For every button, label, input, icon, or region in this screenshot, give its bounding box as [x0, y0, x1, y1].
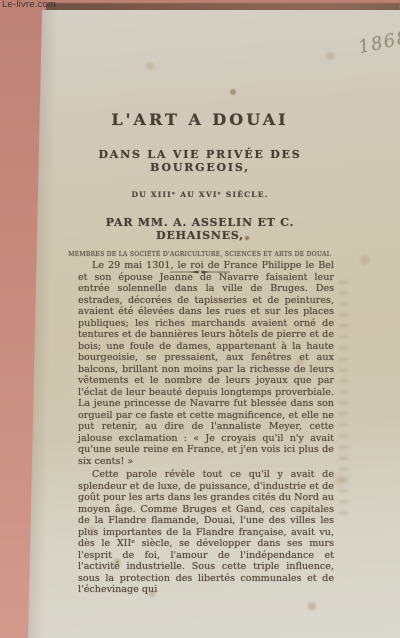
- page-title: L'ART A DOUAI: [60, 110, 340, 129]
- handwritten-year: 1868: [357, 27, 400, 58]
- seller-watermark: Le-livre.com: [2, 0, 56, 10]
- affiliation-line: MEMBRES DE LA SOCIÉTÉ D'AGRICULTURE, SCI…: [60, 251, 340, 258]
- verso-bleed-through: [339, 280, 348, 520]
- period-line: DU XIIIᵉ AU XVIᵉ SIÈCLE.: [60, 190, 340, 199]
- gutter-shadow: [14, 10, 58, 638]
- paragraph-2: Cette parole révèle tout ce qu'il y avai…: [78, 469, 334, 596]
- title-block: L'ART A DOUAI DANS LA VIE PRIVÉE DES BOU…: [60, 110, 340, 276]
- book-top-edge-shadow: [46, 3, 400, 11]
- page-subtitle: DANS LA VIE PRIVÉE DES BOURGEOIS,: [60, 148, 340, 174]
- authors-line: PAR MM. A. ASSELIN ET C. DEHAISNES,: [60, 216, 340, 242]
- book-page: 1868 L'ART A DOUAI DANS LA VIE PRIVÉE DE…: [0, 10, 400, 638]
- book-photo: 1868 L'ART A DOUAI DANS LA VIE PRIVÉE DE…: [0, 0, 400, 638]
- paragraph-1: Le 29 mai 1301, le roi de France Philipp…: [78, 260, 334, 467]
- body-text: Le 29 mai 1301, le roi de France Philipp…: [78, 260, 334, 596]
